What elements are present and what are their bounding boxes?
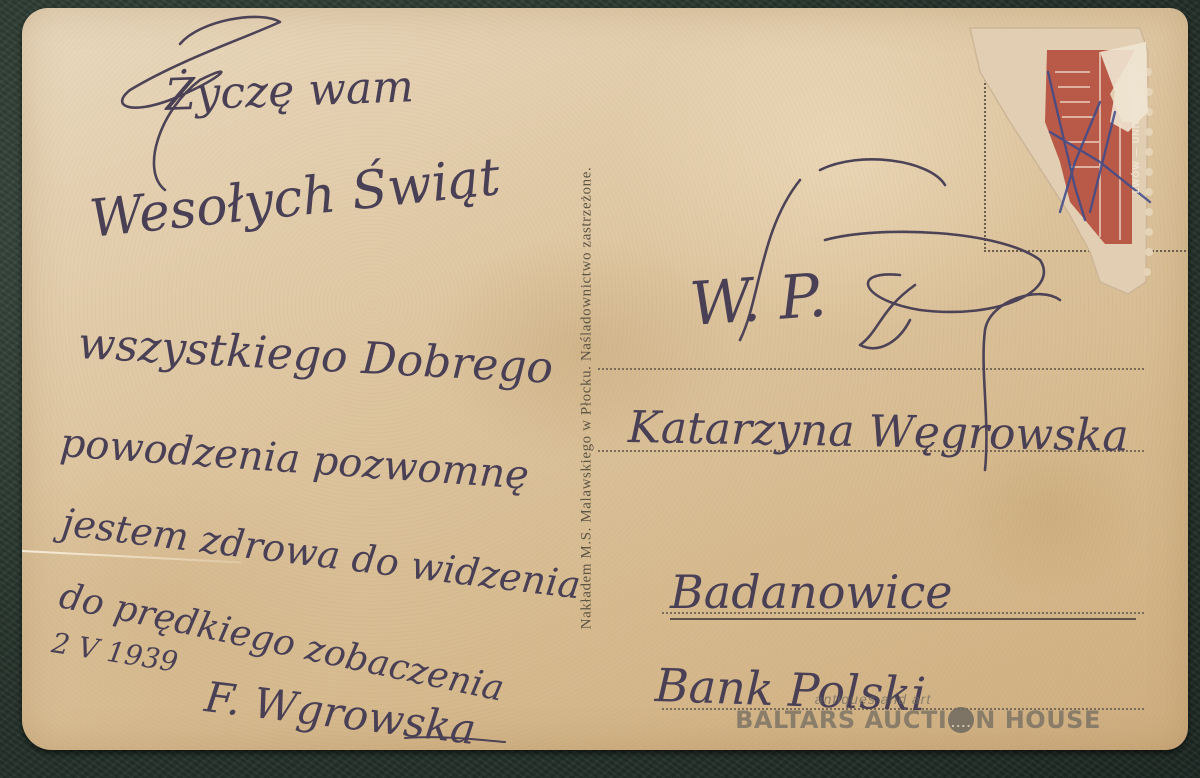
address-line-1	[598, 368, 1144, 370]
auction-house-watermark: antiques and art BALTARS AUCTI N HOUSE	[698, 692, 1138, 734]
watermark-tagline: antiques and art	[608, 692, 1138, 706]
publisher-imprint: Nakładem M.S. Malawskiego w Płocku. Naśl…	[579, 73, 596, 723]
message-line-1: Życzę wam	[164, 61, 415, 121]
address-town: Badanowice	[670, 565, 953, 619]
stamp-caption: LWÓW — UNIWERSYTET	[1131, 67, 1141, 194]
watermark-brand: BALTARS AUCTI N HOUSE	[735, 706, 1101, 734]
watermark-brand-left: BALTARS AUCTI	[735, 706, 947, 734]
watermark-brand-right: N HOUSE	[975, 706, 1101, 734]
postage-stamp	[950, 12, 1160, 302]
auction-logo-icon	[948, 707, 974, 733]
address-recipient: Katarzyna Węgrowska	[628, 402, 1130, 462]
address-salutation: W. P.	[688, 261, 829, 340]
